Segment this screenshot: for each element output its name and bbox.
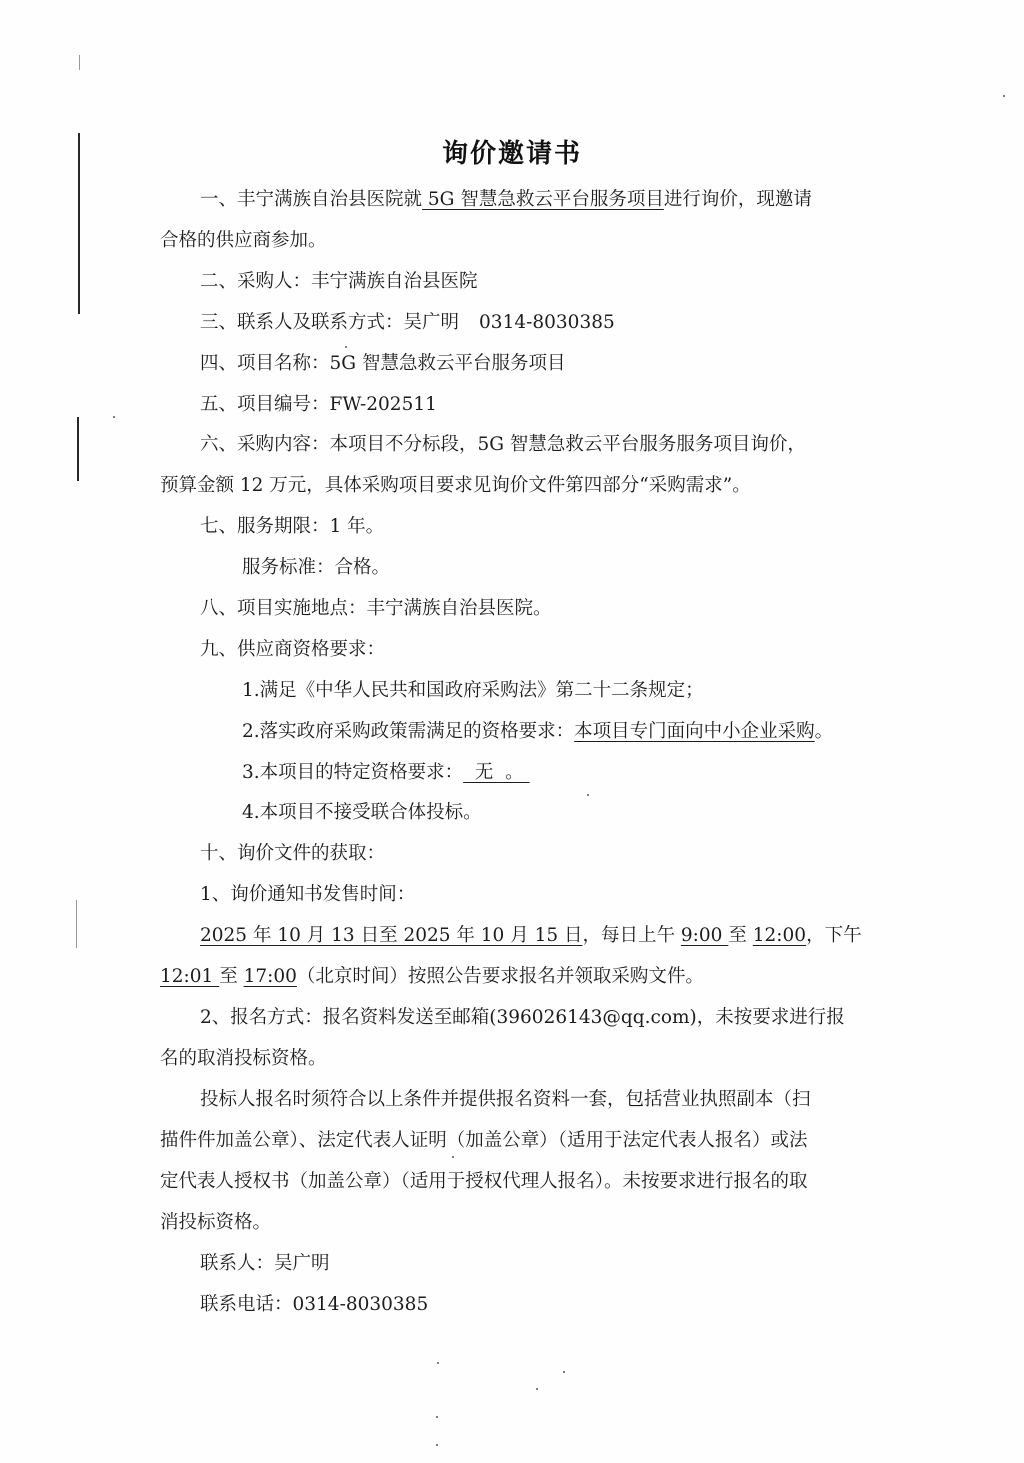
sale-time-line-1: 2025 年 10 月 13 日至 2025 年 10 月 15 日，每日上午 …	[200, 924, 862, 948]
registration-method-line-2: 名的取消投标资格。	[160, 1047, 327, 1071]
qualification-item-3-value: 无 。	[463, 762, 529, 783]
service-period-label: 七、服务期限：	[200, 516, 330, 537]
section-7-service-standard: 服务标准：合格。	[242, 556, 390, 580]
scan-artifact-dot	[452, 1156, 454, 1158]
sale-time-label: 1、询价通知书发售时间：	[200, 883, 415, 907]
scan-artifact-dot	[113, 416, 115, 418]
scan-artifact-line	[77, 417, 79, 481]
service-period-value: 1 年。	[330, 516, 385, 537]
project-name-label: 四、项目名称：	[200, 353, 330, 374]
project-number-value: FW-202511	[330, 394, 437, 415]
qualification-item-2-suffix: 。	[815, 721, 834, 742]
to-text: 至	[219, 966, 243, 987]
daily-text: ，每日上午	[583, 925, 681, 946]
scan-artifact-line	[79, 55, 80, 70]
pm-suffix-text: （北京时间）按照公告要求报名并领取采购文件。	[297, 966, 704, 987]
section-8-location: 八、项目实施地点：丰宁满族自治县医院。	[200, 597, 552, 621]
scan-artifact-dot	[587, 794, 589, 796]
section-9-label: 九、供应商资格要求：	[200, 638, 385, 662]
qualification-item-3: 3.本项目的特定资格要求： 无 。	[242, 761, 530, 785]
contact-name: 吴广明	[404, 312, 460, 333]
footer-contact-person: 联系人：吴广明	[200, 1252, 330, 1276]
registration-method-line-1: 2、报名方式：报名资料发送至邮箱(396026143@qq.com)，未按要求进…	[200, 1006, 845, 1030]
location-value: 丰宁满族自治县医院。	[367, 598, 552, 619]
requirements-line-3: 定代表人授权书（加盖公章）（适用于授权代理人报名）。未按要求进行报名的取	[160, 1170, 808, 1194]
scan-artifact-dot	[345, 346, 347, 348]
pm-text: ，下午	[806, 925, 862, 946]
footer-contact-phone: 联系电话：0314-8030385	[200, 1293, 428, 1317]
section-6-line-2: 预算金额 12 万元，具体采购项目要求见询价文件第四部分“采购需求”。	[160, 474, 751, 498]
project-number-label: 五、项目编号：	[200, 394, 330, 415]
am-start-time: 9:00	[681, 925, 728, 946]
purchaser-label: 二、采购人：	[200, 271, 311, 292]
scan-artifact-dot	[437, 1362, 439, 1364]
to-text: 至	[728, 925, 752, 946]
section-1-line-1: 一、丰宁满族自治县医院就 5G 智慧急救云平台服务项目进行询价，现邀请	[200, 188, 812, 212]
scan-artifact-dot	[436, 1444, 438, 1446]
section-7-service-period: 七、服务期限：1 年。	[200, 515, 384, 539]
qualification-item-2: 2.落实政府采购政策需满足的资格要求：本项目专门面向中小企业采购。	[242, 720, 833, 744]
scan-artifact-dot	[436, 1416, 438, 1418]
scan-artifact-dot	[536, 1388, 538, 1390]
qualification-item-4: 4.本项目不接受联合体投标。	[242, 801, 482, 825]
purchaser-value: 丰宁满族自治县医院	[311, 271, 478, 292]
section-1-prefix: 一、丰宁满族自治县医院就	[200, 189, 422, 210]
document-title: 询价邀请书	[0, 133, 1024, 170]
pm-end-time: 17:00	[244, 966, 297, 987]
scanned-document-page: 询价邀请书 一、丰宁满族自治县医院就 5G 智慧急救云平台服务项目进行询价，现邀…	[0, 0, 1024, 1463]
sale-date-range: 2025 年 10 月 13 日至 2025 年 10 月 15 日	[200, 925, 583, 946]
pm-start-time: 12:01	[160, 966, 219, 987]
section-5-project-number: 五、项目编号：FW-202511	[200, 393, 437, 417]
scan-artifact-line	[76, 900, 77, 948]
am-end-time: 12:00	[753, 925, 806, 946]
sale-time-line-2: 12:01 至 17:00（北京时间）按照公告要求报名并领取采购文件。	[160, 965, 704, 989]
qualification-item-1: 1.满足《中华人民共和国政府采购法》第二十二条规定；	[242, 679, 704, 703]
requirements-line-1: 投标人报名时须符合以上条件并提供报名资料一套，包括营业执照副本（扫	[200, 1088, 811, 1112]
section-1-line-2: 合格的供应商参加。	[160, 229, 327, 253]
requirements-line-2: 描件件加盖公章）、法定代表人证明（加盖公章）（适用于法定代表人报名）或法	[160, 1129, 808, 1153]
location-label: 八、项目实施地点：	[200, 598, 367, 619]
project-name-value: 5G 智慧急救云平台服务项目	[330, 353, 566, 374]
section-6-line-1: 六、采购内容：本项目不分标段，5G 智慧急救云平台服务服务项目询价，	[200, 433, 806, 457]
qualification-item-2-sme: 本项目专门面向中小企业采购	[574, 721, 815, 742]
contact-phone: 0314-8030385	[479, 312, 615, 333]
section-1-project-name: 5G 智慧急救云平台服务项目	[422, 189, 664, 210]
scan-artifact-dot	[1003, 95, 1005, 97]
section-4-project-name: 四、项目名称：5G 智慧急救云平台服务项目	[200, 352, 565, 376]
qualification-item-3-prefix: 3.本项目的特定资格要求：	[242, 762, 463, 783]
section-1-suffix: 进行询价，现邀请	[664, 189, 812, 210]
qualification-item-2-prefix: 2.落实政府采购政策需满足的资格要求：	[242, 721, 574, 742]
requirements-line-4: 消投标资格。	[160, 1211, 271, 1235]
section-10-label: 十、询价文件的获取：	[200, 842, 385, 866]
scan-artifact-dot	[563, 1371, 565, 1373]
section-2-purchaser: 二、采购人：丰宁满族自治县医院	[200, 270, 478, 294]
contact-label: 三、联系人及联系方式：	[200, 312, 404, 333]
section-3-contact: 三、联系人及联系方式：吴广明0314-8030385	[200, 311, 615, 335]
